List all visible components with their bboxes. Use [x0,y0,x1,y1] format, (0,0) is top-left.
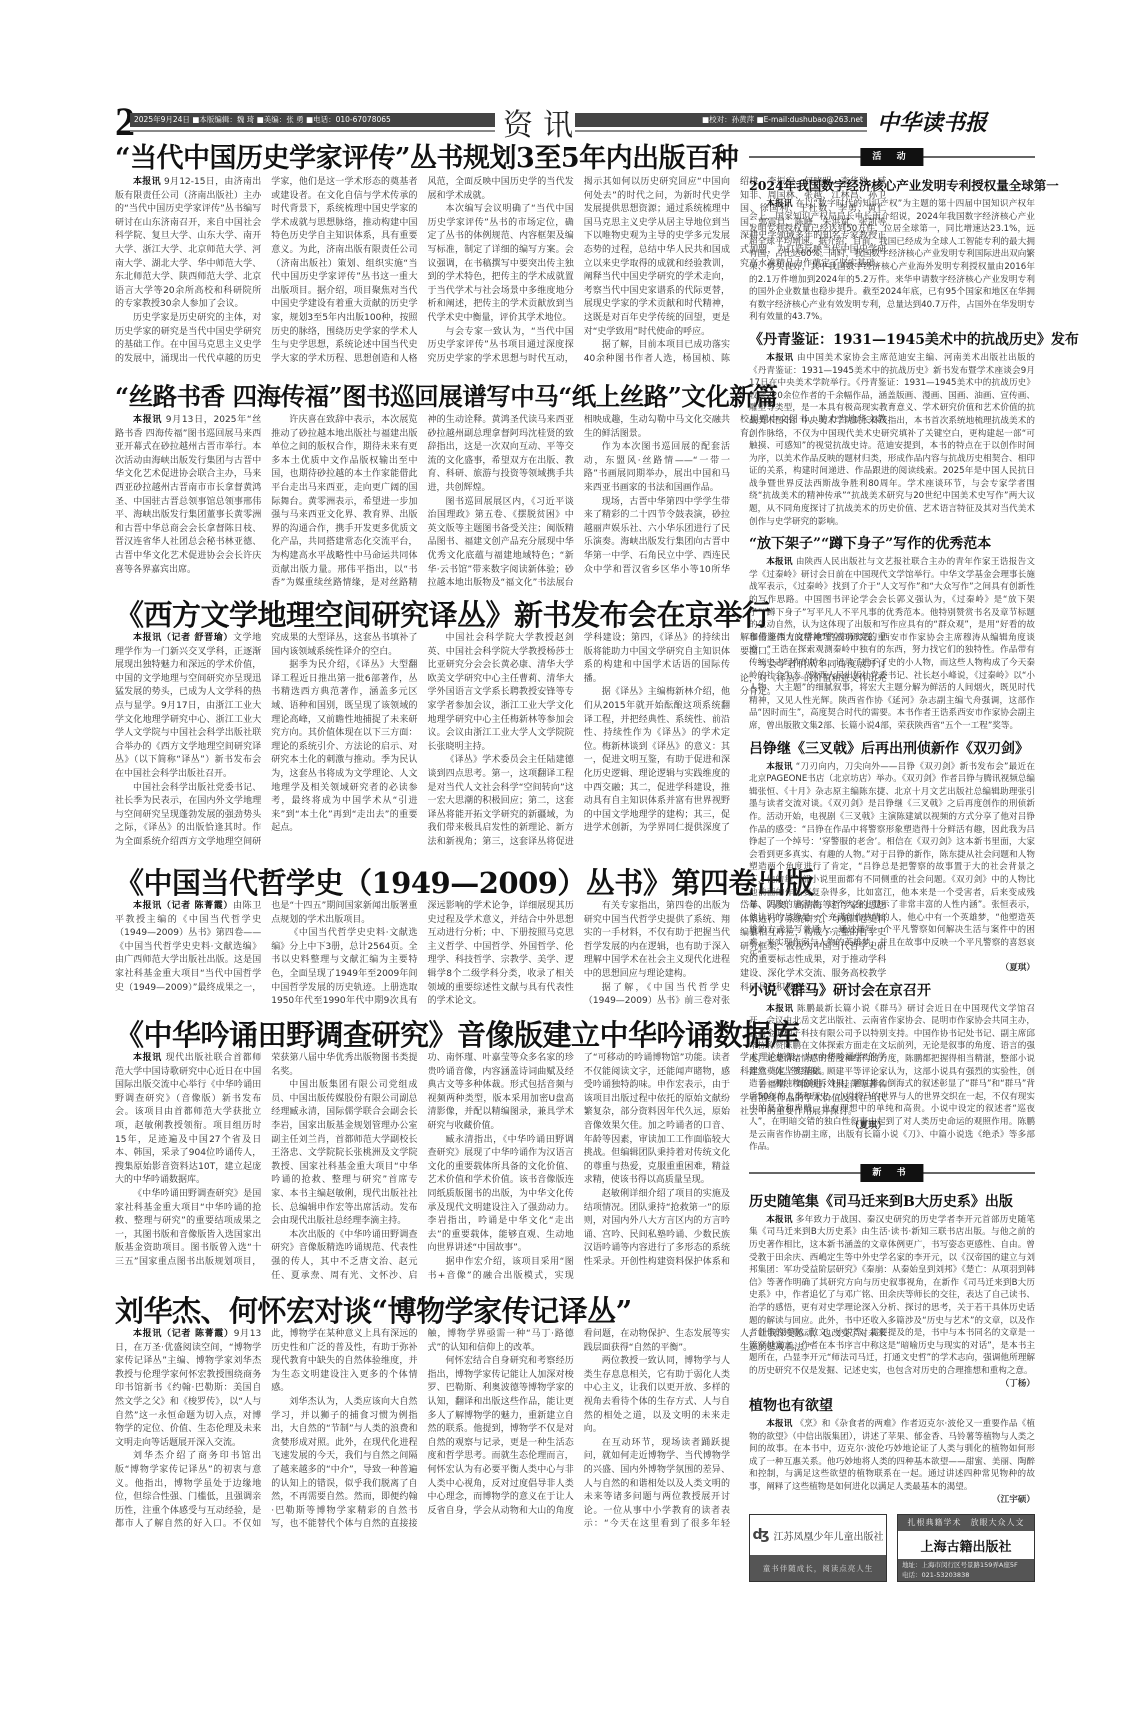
divider [130,130,495,132]
article: 《中国当代哲学史（1949—2009）丛书》第四卷出版 本报讯（记者 陈菁霞）由… [115,866,730,1012]
brief-article: 吕铮继《三叉戟》后再出刑侦新作《双刃剑》 本报讯 “刀刃向内，刀尖向外——吕铮《… [749,739,1035,975]
publisher-logo: 上海古籍出版社 [898,1531,1034,1559]
section-title: 资讯 [503,100,583,144]
contact-info-bar: ■校对：孙黄萍 ■E-mail:dushubao@263.net [575,113,867,127]
byline: （夏琪） [749,962,1035,975]
article-body: 本报讯（记者 陈菁霞）由陈卫平教授主编的《中国当代哲学史（1949—2009）丛… [115,900,730,1012]
dateline: 本报讯 [133,177,161,187]
brief-article: 小说《群马》研讨会在京召开 本报讯 陈鹏最新长篇小说《群马》研讨会近日在中国现代… [749,981,1035,1154]
article-headline: “当代中国历史学家评传”丛书规划3至5年内出版百种 [115,142,730,176]
brief-headline: 小说《群马》研讨会在京召开 [749,981,1035,1001]
article-headline: 《中华吟诵田野调查研究》音像版建立中华吟诵数据库 [115,1018,730,1052]
article: “丝路书香 四海传福”图书巡回展谱写中马“纸上丝路”文化新篇 本报讯 9月13日… [115,380,730,592]
divider [575,130,867,132]
ad-jiangsu-phoenix-childrens-press: ʤ 江苏凤凰少年儿童出版社 童书伴随成长，阅读点亮人生 [749,1514,887,1582]
advertisements: ʤ 江苏凤凰少年儿童出版社 童书伴随成长，阅读点亮人生 扎根典籍学术 放眼大众人… [749,1514,1035,1582]
brief-headline: 2024年我国数字经济核心产业发明专利授权量全球第一 [749,176,1035,196]
edition-info-bar: 2025年9月24日 ■本版编辑：魏 琦 ■美编：张 勇 ■电话：010-670… [130,113,495,127]
article-body: 本报讯 9月12-15日，由济南出版有限责任公司（济南出版社）主办的“当代中国历… [115,176,730,374]
newspaper-page: 2 2025年9月24日 ■本版编辑：魏 琦 ■美编：张 勇 ■电话：010-6… [115,100,1035,1620]
article-body: 本报讯（记者 舒晋瑜）文学地理学作为一门新兴交叉学科，正逐渐展现出独特魅力和深远… [115,632,730,860]
article-headline: 刘华杰、何怀宏对谈“博物学家传记译丛” [115,1294,730,1328]
brief-article: 2024年我国数字经济核心产业发明专利授权量全球第一 本报讯 在以“数字时代的知… [749,176,1035,324]
byline: （丁杨） [749,1378,1035,1391]
sidebar-briefs: 活 动 2024年我国数字经济核心产业发明专利授权量全球第一 本报讯 在以“数字… [749,142,1035,1582]
brief-headline: 吕铮继《三叉戟》后再出刑侦新作《双刃剑》 [749,739,1035,759]
article: “当代中国历史学家评传”丛书规划3至5年内出版百种 本报讯 9月12-15日，由… [115,142,730,374]
brief-article: 《丹青鉴证：1931—1945美术中的抗战历史》发布 本报讯 由中国美术家协会主… [749,330,1035,528]
section-label-activity: 活 动 [749,146,1035,168]
article-headline: 《西方文学地理空间研究译丛》新书发布会在京举行 [115,598,730,632]
article-body: 本报讯（记者 陈菁霞）9月13日，在万圣·优盛阅读空间，“博物学家传记译丛”主编… [115,1328,730,1538]
masthead: 2 2025年9月24日 ■本版编辑：魏 琦 ■美编：张 勇 ■电话：010-6… [115,100,1035,142]
brief-headline: 历史随笔集《司马迁来到B大历史系》出版 [749,1192,1035,1212]
article: 刘华杰、何怀宏对谈“博物学家传记译丛” 本报讯（记者 陈菁霞）9月13日，在万圣… [115,1294,730,1538]
byline: （江宇硕） [749,1494,1035,1507]
article-body: 本报讯 9月13日，2025年“丝路书香 四海传福”图书巡回展马来西亚开幕式在砂… [115,414,730,592]
newspaper-brand-logo: 中华读书报 [877,106,987,137]
article-headline: “丝路书香 四海传福”图书巡回展谱写中马“纸上丝路”文化新篇 [115,380,730,414]
brief-article: “放下架子”“蹲下身子”写作的优秀范本 本报讯 由陕西人民出版社与文艺报社联合主… [749,534,1035,732]
brief-headline: 《丹青鉴证：1931—1945美术中的抗战历史》发布 [749,330,1035,350]
ad-shanghai-classics-publishing-house: 扎根典籍学术 放眼大众人文 上海古籍出版社 地址：上海市闵行区号景路159弄A座… [897,1514,1035,1582]
section-label-new-books: 新 书 [749,1162,1035,1184]
main-news-area: “当代中国历史学家评传”丛书规划3至5年内出版百种 本报讯 9月12-15日，由… [115,142,730,1544]
article: 《中华吟诵田野调查研究》音像版建立中华吟诵数据库 本报讯 现代出版社联合首都师范… [115,1018,730,1288]
article: 《西方文学地理空间研究译丛》新书发布会在京举行 本报讯（记者 舒晋瑜）文学地理学… [115,598,730,860]
brief-headline: “放下架子”“蹲下身子”写作的优秀范本 [749,534,1035,554]
article-headline: 《中国当代哲学史（1949—2009）丛书》第四卷出版 [115,866,730,900]
article-body: 本报讯 现代出版社联合首都师范大学中国诗歌研究中心近日在中国国际出版交流中心举行… [115,1052,730,1288]
brief-article: 历史随笔集《司马迁来到B大历史系》出版 本报讯 多年致力于战国、秦汉史研究的历史… [749,1192,1035,1390]
brief-article: 植物也有欲望 本报讯 《烹》和《杂食者的两难》作者迈克尔·波伦又一重要作品《植物… [749,1396,1035,1506]
publisher-logo-icon: ʤ [752,1527,769,1543]
brief-headline: 植物也有欲望 [749,1396,1035,1416]
